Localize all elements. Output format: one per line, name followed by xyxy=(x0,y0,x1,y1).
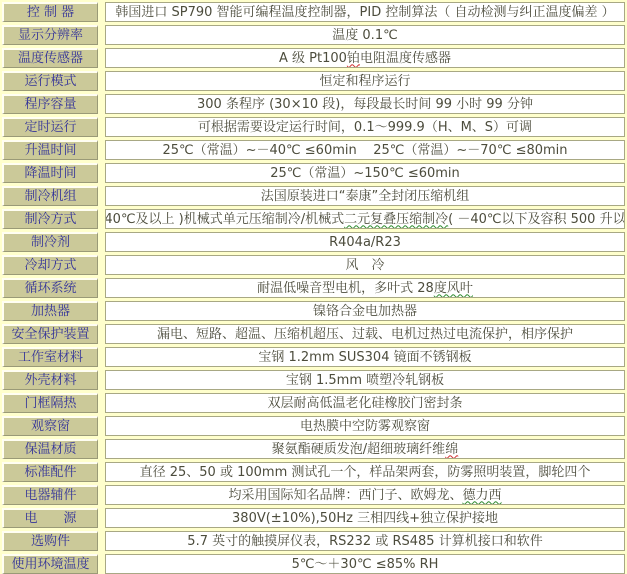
spec-value-text: 25℃（常温）~150℃ ≤60min xyxy=(270,165,460,182)
spec-value-cell: 直径 25、50 或 100mm 测试孔一个，样品架两套，防雾照明装置，脚轮四个 xyxy=(105,462,625,482)
spec-value-text: 380V(±10%),50Hz 三相四线+独立保护接地 xyxy=(232,510,498,527)
spec-value-cell: 耐温低噪音型电机，多叶式 28 度风叶 xyxy=(105,278,625,298)
spec-value-cell: 宝钢 1.2mm SUS304 镜面不锈钢板 xyxy=(105,347,625,367)
spec-label-cell: 门框隔热 xyxy=(2,393,98,413)
spec-row: 循环系统耐温低噪音型电机，多叶式 28 度风叶 xyxy=(2,278,625,298)
spec-row: 温度传感器A 级 Pt100 铂电阻温度传感器 xyxy=(2,48,625,68)
spec-value-text: A 级 Pt100 xyxy=(279,50,347,67)
spec-row: 定时运行可根据需要设定运行时间，0.1～999.9（H、M、S）可调 xyxy=(2,117,625,137)
spec-label-cell: 制冷机组 xyxy=(2,186,98,206)
spec-row: 标准配件直径 25、50 或 100mm 测试孔一个，样品架两套，防雾照明装置，… xyxy=(2,462,625,482)
spec-value-text: 恒定和程序运行 xyxy=(319,73,410,90)
spec-row: 安全保护装置漏电、短路、超温、压缩机超压、过载、电机过热过电流保护，相序保护 xyxy=(2,324,625,344)
spec-row: 控 制 器韩国进口 SP790 智能可编程温度控制器，PID 控制算法（ 自动检… xyxy=(2,2,625,22)
spec-value-cell: 双层耐高低温老化硅橡胶门密封条 xyxy=(105,393,625,413)
spec-row: 程序容量300 条程序 (30×10 段)，每段最长时间 99 小时 99 分钟 xyxy=(2,94,625,114)
spec-label-cell: 控 制 器 xyxy=(2,2,98,22)
spec-label-cell: 循环系统 xyxy=(2,278,98,298)
spec-value-text: 双层耐高低温老化硅橡胶门密封条 xyxy=(267,395,462,412)
spec-value-text: 温度 0.1℃ xyxy=(332,27,397,44)
spec-value-cell: 电热膜中空防雾观察窗 xyxy=(105,416,625,436)
spec-value-cell: 风 冷 xyxy=(105,255,625,275)
spec-value-text: 德力西 xyxy=(463,487,502,504)
spec-row: 观察窗电热膜中空防雾观察窗 xyxy=(2,416,625,436)
spec-row: 制冷机组法国原装进口“泰康”全封闭压缩机组 xyxy=(2,186,625,206)
spec-table: 控 制 器韩国进口 SP790 智能可编程温度控制器，PID 控制算法（ 自动检… xyxy=(0,0,627,574)
spec-label-cell: 外壳材料 xyxy=(2,370,98,390)
spec-value-cell: 宝钢 1.5mm 喷塑冷轧钢板 xyxy=(105,370,625,390)
spec-label-cell: 保温材质 xyxy=(2,439,98,459)
spec-value-text: 耐温低噪音型电机，多叶式 28 xyxy=(257,280,434,297)
spec-value-text: 风 冷 xyxy=(345,257,384,274)
spec-label-cell: 制冷方式 xyxy=(2,209,98,229)
spec-value-cell: 300 条程序 (30×10 段)，每段最长时间 99 小时 99 分钟 xyxy=(105,94,625,114)
spec-label-cell: 使用环境温度 xyxy=(2,554,98,574)
spec-label-cell: 安全保护装置 xyxy=(2,324,98,344)
spec-label-cell: 升温时间 xyxy=(2,140,98,160)
spec-value-text: 宝钢 1.2mm SUS304 镜面不锈钢板 xyxy=(258,349,471,366)
spec-label-cell: 降温时间 xyxy=(2,163,98,183)
spec-label-cell: 电器辅件 xyxy=(2,485,98,505)
spec-label-cell: 运行模式 xyxy=(2,71,98,91)
spec-row: 显示分辨率温度 0.1℃ xyxy=(2,25,625,45)
spec-row: 电器辅件均采用国际知名品牌：西门子、欧姆龙、德力西 xyxy=(2,485,625,505)
spec-value-cell: 380V(±10%),50Hz 三相四线+独立保护接地 xyxy=(105,508,625,528)
spec-row: 工作室材料宝钢 1.2mm SUS304 镜面不锈钢板 xyxy=(2,347,625,367)
spec-row: 电 源380V(±10%),50Hz 三相四线+独立保护接地 xyxy=(2,508,625,528)
spec-label-cell: 标准配件 xyxy=(2,462,98,482)
spec-value-text: 电阻温度传感器 xyxy=(360,50,451,67)
spec-value-text: 度风叶 xyxy=(434,280,473,297)
spec-value-text: 直径 25、50 或 100mm 测试孔一个，样品架两套，防雾照明装置，脚轮四个 xyxy=(140,464,591,481)
spec-value-text: 300 条程序 (30×10 段)，每段最长时间 99 小时 99 分钟 xyxy=(197,96,533,113)
spec-value-cell: A 级 Pt100 铂电阻温度传感器 xyxy=(105,48,625,68)
spec-label-cell: 电 源 xyxy=(2,508,98,528)
spec-value-text: （－40℃及以上 )机械式单元压缩制冷/机械式 xyxy=(105,211,344,228)
spec-value-text: 漏电、短路、超温、压缩机超压、过载、电机过热过电流保护，相序保护 xyxy=(157,326,573,343)
spec-label-cell: 冷却方式 xyxy=(2,255,98,275)
spec-row: 冷却方式风 冷 xyxy=(2,255,625,275)
spec-row: 保温材质聚氨酯硬质发泡/超细玻璃纤维绵 xyxy=(2,439,625,459)
spec-value-text: 25℃（常温）~－40℃ ≤60min 25℃（常温）~－70℃ ≤80min xyxy=(162,142,567,159)
spec-value-text: 镍铬合金电加热器 xyxy=(313,303,417,320)
spec-label-cell: 温度传感器 xyxy=(2,48,98,68)
spec-value-text: 电热膜中空防雾观察窗 xyxy=(300,418,430,435)
spec-value-cell: 可根据需要设定运行时间，0.1～999.9（H、M、S）可调 xyxy=(105,117,625,137)
spec-value-text: 5℃～＋30℃ ≤85% RH xyxy=(292,556,439,573)
spec-row: 制冷剂R404a/R23 xyxy=(2,232,625,252)
spec-value-text: 铂 xyxy=(347,50,360,67)
spec-value-text: ( －40℃以下及容积 500 升以上） xyxy=(448,211,625,228)
spec-value-text: 可根据需要设定运行时间，0.1～999.9（H、M、S）可调 xyxy=(198,119,532,136)
spec-label-cell: 定时运行 xyxy=(2,117,98,137)
spec-value-text: 5.7 英寸的触摸屏仪表，RS232 或 RS485 计算机接口和软件 xyxy=(187,533,542,550)
spec-value-cell: 聚氨酯硬质发泡/超细玻璃纤维绵 xyxy=(105,439,625,459)
spec-value-cell: （－40℃及以上 )机械式单元压缩制冷/机械式二元复叠压缩制冷( －40℃以下及… xyxy=(105,209,625,229)
spec-value-text: R404a/R23 xyxy=(329,234,401,251)
spec-row: 升温时间25℃（常温）~－40℃ ≤60min 25℃（常温）~－70℃ ≤80… xyxy=(2,140,625,160)
spec-row: 选购件5.7 英寸的触摸屏仪表，RS232 或 RS485 计算机接口和软件 xyxy=(2,531,625,551)
spec-value-cell: 温度 0.1℃ xyxy=(105,25,625,45)
spec-value-cell: 恒定和程序运行 xyxy=(105,71,625,91)
spec-label-cell: 选购件 xyxy=(2,531,98,551)
spec-row: 制冷方式（－40℃及以上 )机械式单元压缩制冷/机械式二元复叠压缩制冷( －40… xyxy=(2,209,625,229)
spec-value-cell: 均采用国际知名品牌：西门子、欧姆龙、德力西 xyxy=(105,485,625,505)
spec-row: 使用环境温度5℃～＋30℃ ≤85% RH xyxy=(2,554,625,574)
spec-value-cell: 25℃（常温）~150℃ ≤60min xyxy=(105,163,625,183)
spec-value-text: 二元复叠压缩制冷 xyxy=(344,211,448,228)
spec-value-cell: 5.7 英寸的触摸屏仪表，RS232 或 RS485 计算机接口和软件 xyxy=(105,531,625,551)
spec-value-text: 聚氨酯硬质发泡/超细玻璃纤维 xyxy=(272,441,445,458)
spec-label-cell: 制冷剂 xyxy=(2,232,98,252)
spec-label-cell: 程序容量 xyxy=(2,94,98,114)
spec-value-cell: R404a/R23 xyxy=(105,232,625,252)
spec-value-cell: 5℃～＋30℃ ≤85% RH xyxy=(105,554,625,574)
spec-row: 降温时间25℃（常温）~150℃ ≤60min xyxy=(2,163,625,183)
spec-value-text: 法国原装进口“泰康”全封闭压缩机组 xyxy=(261,188,469,205)
spec-value-text: 韩国进口 SP790 智能可编程温度控制器，PID 控制算法（ 自动检测与纠正温… xyxy=(115,4,614,21)
spec-value-cell: 镍铬合金电加热器 xyxy=(105,301,625,321)
spec-value-text: 宝钢 1.5mm 喷塑冷轧钢板 xyxy=(286,372,444,389)
spec-label-cell: 显示分辨率 xyxy=(2,25,98,45)
spec-label-cell: 观察窗 xyxy=(2,416,98,436)
spec-value-cell: 法国原装进口“泰康”全封闭压缩机组 xyxy=(105,186,625,206)
spec-value-cell: 漏电、短路、超温、压缩机超压、过载、电机过热过电流保护，相序保护 xyxy=(105,324,625,344)
spec-value-cell: 韩国进口 SP790 智能可编程温度控制器，PID 控制算法（ 自动检测与纠正温… xyxy=(105,2,625,22)
spec-value-text: 均采用国际知名品牌：西门子、欧姆龙、 xyxy=(228,487,462,504)
spec-label-cell: 工作室材料 xyxy=(2,347,98,367)
spec-row: 门框隔热双层耐高低温老化硅橡胶门密封条 xyxy=(2,393,625,413)
spec-row: 运行模式恒定和程序运行 xyxy=(2,71,625,91)
spec-value-text: 绵 xyxy=(445,441,458,458)
spec-row: 外壳材料宝钢 1.5mm 喷塑冷轧钢板 xyxy=(2,370,625,390)
spec-row: 加热器镍铬合金电加热器 xyxy=(2,301,625,321)
spec-label-cell: 加热器 xyxy=(2,301,98,321)
spec-value-cell: 25℃（常温）~－40℃ ≤60min 25℃（常温）~－70℃ ≤80min xyxy=(105,140,625,160)
